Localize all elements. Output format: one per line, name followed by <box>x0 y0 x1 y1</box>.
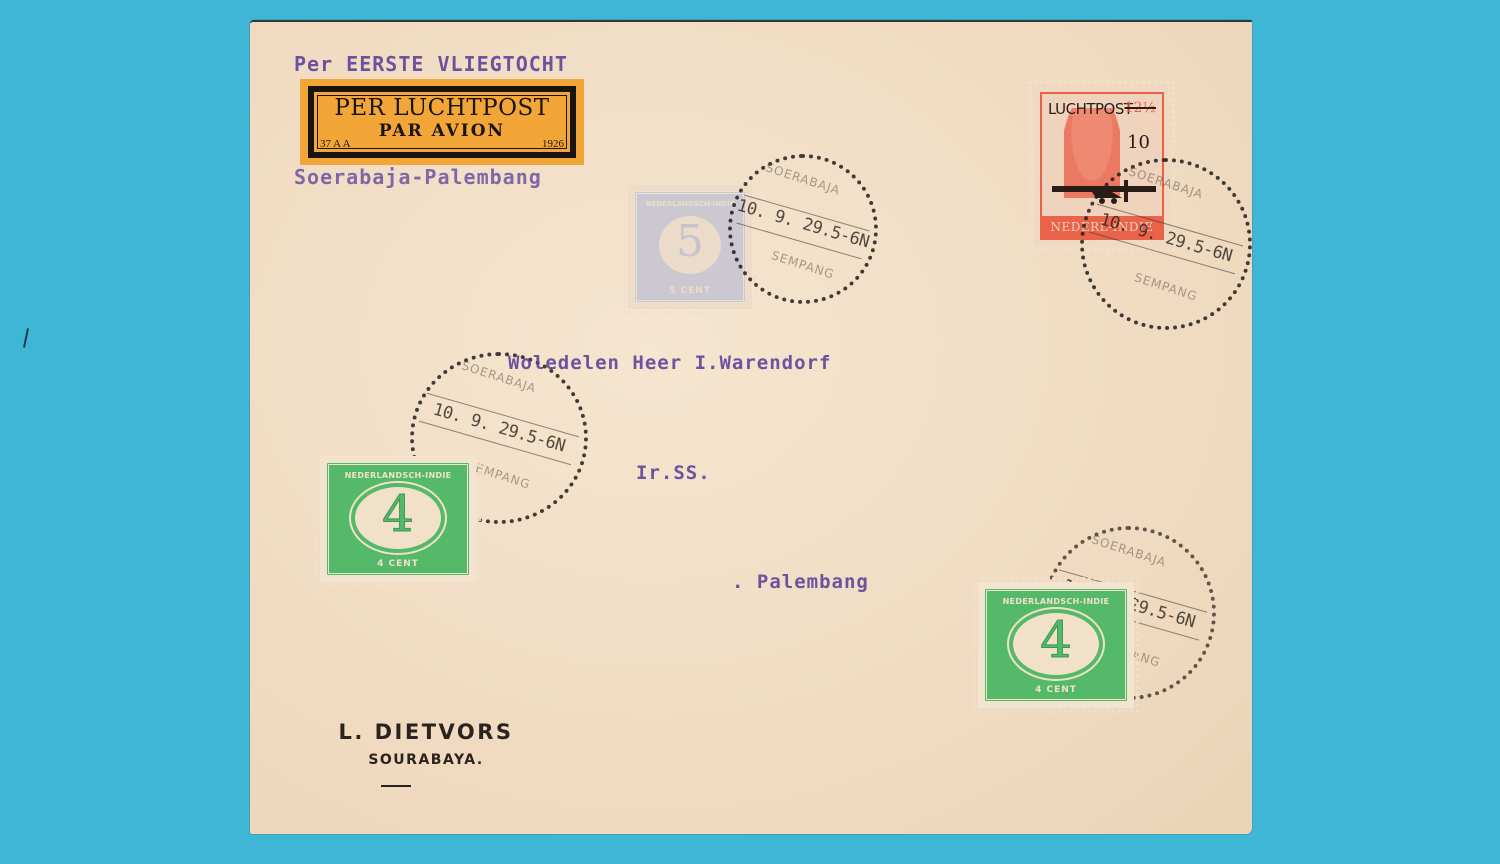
stamp-overprint: LUCHTPOST <box>1048 100 1133 118</box>
airmail-label-line2: PAR AVION <box>314 121 570 141</box>
postmark: SOERABAJA 10. 9. 29.5-6N SEMPANG <box>1080 158 1252 330</box>
airmail-label-line1: PER LUCHTPOST <box>314 95 570 121</box>
recipient-name: Woledelen Heer I.Warendorf <box>508 352 831 374</box>
stamp-numeral: 4 <box>987 611 1125 669</box>
green-numeral-stamp-left: NEDERLANDSCH-INDIE 4 4 CENT <box>320 456 476 582</box>
airmail-label: PER LUCHTPOST PAR AVION 37 A A 1926 <box>300 79 584 165</box>
stamp-numeral: 4 <box>329 485 467 543</box>
sender-name: L. DIETVORS <box>296 720 556 744</box>
recipient-city: . Palembang <box>732 571 869 593</box>
sender-city: SOURABAYA. <box>296 752 556 768</box>
stamp-value: 5 CENT <box>637 286 743 296</box>
stamp-value: 4 CENT <box>987 685 1125 695</box>
envelope: Per EERSTE VLIEGTOCHT PER LUCHTPOST PAR … <box>250 20 1252 834</box>
route-line-text: Soerabaja-Palembang <box>294 165 542 189</box>
stamp-country: NEDERLANDSCH-INDIE <box>637 200 743 208</box>
green-numeral-stamp-right: NEDERLANDSCH-INDIE 4 4 CENT <box>978 582 1134 708</box>
stamp-country: NEDERLANDSCH-INDIE <box>329 471 467 480</box>
stamp-new-value: 10 <box>1127 132 1150 153</box>
postmark: SOERABAJA 10. 9. 29.5-6N SEMPANG <box>728 154 878 304</box>
airmail-label-year: 1926 <box>542 138 564 150</box>
airmail-label-code: 37 A A <box>320 138 351 150</box>
stamp-numeral: 5 <box>637 216 743 267</box>
background-scratch-mark <box>23 328 29 348</box>
stamp-value: 4 CENT <box>329 559 467 569</box>
stamp-old-value: 12½ <box>1125 100 1156 116</box>
sender-divider <box>381 785 411 787</box>
flight-line-text: Per EERSTE VLIEGTOCHT <box>294 52 568 76</box>
recipient-title: Ir.SS. <box>636 462 711 484</box>
stamp-country: NEDERLANDSCH-INDIE <box>987 597 1125 606</box>
